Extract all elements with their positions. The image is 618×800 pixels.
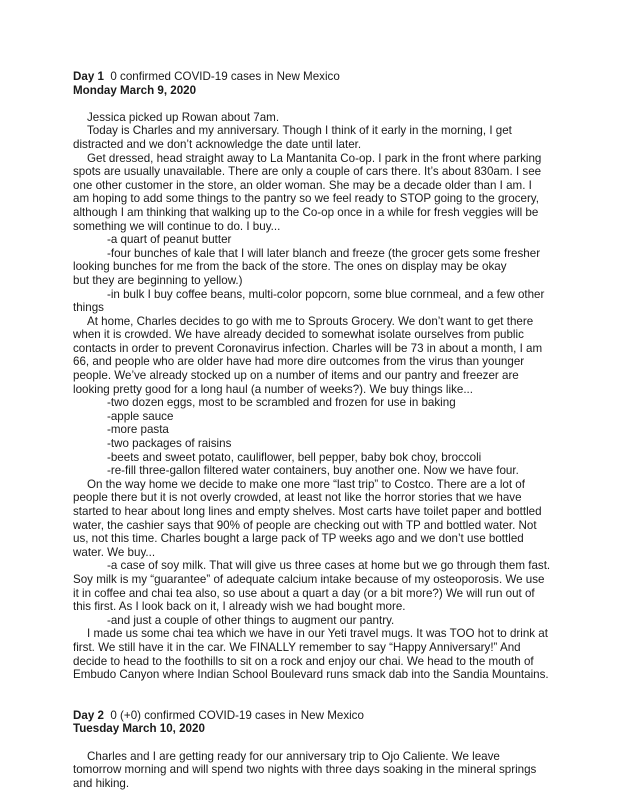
- list-item: -in bulk I buy coffee beans, multi-color…: [73, 288, 551, 315]
- section-spacer: [73, 682, 551, 709]
- list-item: -re-fill three-gallon filtered water con…: [73, 464, 551, 478]
- paragraph: Today is Charles and my anniversary. Tho…: [73, 124, 551, 151]
- paragraph: At home, Charles decides to go with me t…: [73, 315, 551, 397]
- entry-header: Day 1 0 confirmed COVID-19 cases in New …: [73, 70, 551, 84]
- list-item: -a quart of peanut butter: [73, 233, 551, 247]
- list-item: -four bunches of kale that I will later …: [73, 247, 551, 274]
- paragraph: On the way home we decide to make one mo…: [73, 478, 551, 560]
- paragraph: Charles and I are getting ready for our …: [73, 750, 551, 791]
- case-count: 0 confirmed COVID-19 cases in New Mexico: [110, 70, 339, 83]
- entry-date: Tuesday March 10, 2020: [73, 722, 551, 736]
- list-item: -beets and sweet potato, cauliflower, be…: [73, 451, 551, 465]
- list-item: -and just a couple of other things to au…: [73, 614, 551, 628]
- list-item-continuation: but they are beginning to yellow.): [73, 274, 551, 288]
- day-label: Day 1: [73, 70, 104, 83]
- entry-day-2: Day 2 0 (+0) confirmed COVID-19 cases in…: [73, 709, 551, 791]
- list-item: -two dozen eggs, most to be scrambled an…: [73, 396, 551, 410]
- list-item: -two packages of raisins: [73, 437, 551, 451]
- paragraph: Jessica picked up Rowan about 7am.: [73, 111, 551, 125]
- paragraph: Get dressed, head straight away to La Ma…: [73, 152, 551, 234]
- entry-day-1: Day 1 0 confirmed COVID-19 cases in New …: [73, 70, 551, 682]
- case-count: 0 (+0) confirmed COVID-19 cases in New M…: [110, 709, 364, 722]
- entry-header: Day 2 0 (+0) confirmed COVID-19 cases in…: [73, 709, 551, 723]
- list-item: -more pasta: [73, 423, 551, 437]
- list-item: -a case of soy milk. That will give us t…: [73, 559, 551, 613]
- entry-date: Monday March 9, 2020: [73, 84, 551, 98]
- list-item: -apple sauce: [73, 410, 551, 424]
- day-label: Day 2: [73, 709, 104, 722]
- journal-page: Day 1 0 confirmed COVID-19 cases in New …: [73, 70, 551, 790]
- paragraph: I made us some chai tea which we have in…: [73, 627, 551, 681]
